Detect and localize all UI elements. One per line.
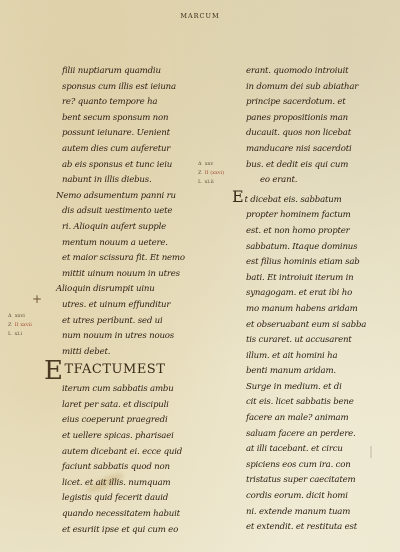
text-line: eo erant. bbox=[246, 173, 371, 189]
section-start-line: Et dicebat eis. sabbatum bbox=[246, 189, 371, 209]
canon-letter: Δ bbox=[198, 161, 202, 167]
text-line: filii nuptiarum quamdiu bbox=[62, 64, 184, 80]
text-line: t dicebat eis. sabbatum bbox=[244, 195, 341, 205]
text-line: ri. Alioquin aufert supple bbox=[62, 220, 184, 236]
canon-letter: Δ bbox=[8, 313, 12, 319]
text-line: autem dicebant ei. ecce quid bbox=[62, 445, 184, 461]
canon-number: xxvi bbox=[15, 313, 25, 319]
text-line: sponsus cum illis est ieiuna bbox=[62, 80, 184, 96]
text-line: dis adsuit uestimento uete bbox=[62, 204, 184, 220]
text-line: re? quanto tempore ha bbox=[62, 95, 184, 111]
text-line: illum. et ait homini ha bbox=[246, 349, 371, 365]
text-line: et extendit. et restituta est bbox=[246, 520, 371, 536]
text-line: Alioquin disrumpit uinu bbox=[56, 282, 184, 298]
text-line: spiciens eos cum ira. con bbox=[246, 458, 371, 474]
left-column: filii nuptiarum quamdiu sponsus cum illi… bbox=[62, 64, 184, 538]
text-line: tristatus super caecitatem bbox=[246, 473, 371, 489]
canon-letter: Z bbox=[8, 322, 11, 328]
text-line: quando necessitatem habuit bbox=[62, 507, 184, 523]
canon-letter: L bbox=[8, 331, 11, 337]
canon-number: II xxvii bbox=[15, 322, 32, 328]
text-line: cit eis. licet sabbatis bene bbox=[246, 395, 371, 411]
running-title: MARCUM bbox=[0, 12, 400, 20]
text-line: eius coeperunt praegredi bbox=[62, 413, 184, 429]
section-initial: E bbox=[232, 187, 243, 206]
canon-letter: L bbox=[198, 179, 201, 185]
text-line: utres. et uinum effunditur bbox=[62, 298, 184, 314]
text-line: est. et non homo propter bbox=[246, 224, 371, 240]
text-line: legistis quid fecerit dauid bbox=[62, 491, 184, 507]
text-line: in domum dei sub abiathar bbox=[246, 80, 371, 96]
text-line: et uellere spicas. pharisaei bbox=[62, 429, 184, 445]
text-line: et utres peribunt. sed ui bbox=[62, 314, 184, 330]
text-line: mentum nouum a uetere. bbox=[62, 236, 184, 252]
text-line: mo manum habens aridam bbox=[246, 302, 371, 318]
text-line: et obseruabant eum si sabba bbox=[246, 318, 371, 334]
text-line: faciunt sabbatis quod non bbox=[62, 460, 184, 476]
text-line: at illi tacebant. et circu bbox=[246, 442, 371, 458]
text-line: manducare nisi sacerdoti bbox=[246, 142, 371, 158]
canon-number: xl.ii bbox=[205, 179, 214, 185]
text-line: saluam facere an perdere. bbox=[246, 427, 371, 443]
text-line: iterum cum sabbatis ambu bbox=[62, 382, 184, 398]
text-line: bent secum sponsum non bbox=[62, 111, 184, 127]
section-heading: ETFACTUMEST bbox=[44, 360, 184, 382]
margin-mark bbox=[370, 446, 372, 458]
text-line: est filius hominis etiam sab bbox=[246, 255, 371, 271]
text-line: bati. Et introiuit iterum in bbox=[246, 271, 371, 287]
text-line: bus. et dedit eis qui cum bbox=[246, 158, 371, 174]
text-line: propter hominem factum bbox=[246, 208, 371, 224]
text-line: mitti debet. bbox=[62, 345, 184, 361]
text-line: ab eis sponsus et tunc ieiu bbox=[62, 158, 184, 174]
text-line: ni. extende manum tuam bbox=[246, 505, 371, 521]
text-line: ducauit. quos non licebat bbox=[246, 126, 371, 142]
canon-number: xl.i bbox=[15, 331, 23, 337]
cross-mark: + bbox=[32, 292, 42, 306]
text-line: panes propositionis man bbox=[246, 111, 371, 127]
canon-table-note: Δ xxvi Z II xxvii L xl.i bbox=[8, 312, 32, 339]
right-column: erant. quomodo introiuit in domum dei su… bbox=[246, 64, 371, 536]
text-line: benti manum aridam. bbox=[246, 364, 371, 380]
heading-capitals: TFACTUMEST bbox=[64, 362, 165, 377]
text-line: licet. et ait illis. numquam bbox=[62, 476, 184, 492]
text-line: laret per sata. et discipuli bbox=[62, 398, 184, 414]
canon-letter: Z bbox=[198, 170, 201, 176]
text-line: et maior scissura fit. Et nemo bbox=[62, 251, 184, 267]
text-line: Surge in medium. et di bbox=[246, 380, 371, 396]
text-line: autem dies cum auferetur bbox=[62, 142, 184, 158]
text-line: cordis eorum. dicit homi bbox=[246, 489, 371, 505]
text-line: sabbatum. Itaque dominus bbox=[246, 240, 371, 256]
canon-number: II (xxvi) bbox=[205, 170, 225, 176]
text-line: Nemo adsumentum panni ru bbox=[56, 189, 184, 205]
canon-table-note: Δ xxv Z II (xxvi) L xl.ii bbox=[198, 160, 224, 187]
text-line: num nouum in utres nouos bbox=[62, 329, 184, 345]
text-line: mittit uinum nouum in utres bbox=[62, 267, 184, 283]
decorated-initial: E bbox=[44, 356, 63, 386]
canon-number: xxv bbox=[205, 161, 213, 167]
text-line: erant. quomodo introiuit bbox=[246, 64, 371, 80]
text-line: possunt ieiunare. Uenient bbox=[62, 126, 184, 142]
text-line: tis curaret. ut accusarent bbox=[246, 333, 371, 349]
text-line: synagogam. et erat ibi ho bbox=[246, 286, 371, 302]
text-line: facere an male? animam bbox=[246, 411, 371, 427]
text-line: et esuriit ipse et qui cum eo bbox=[62, 523, 184, 539]
text-line: nabunt in illis diebus. bbox=[62, 173, 184, 189]
text-line: principe sacerdotum. et bbox=[246, 95, 371, 111]
